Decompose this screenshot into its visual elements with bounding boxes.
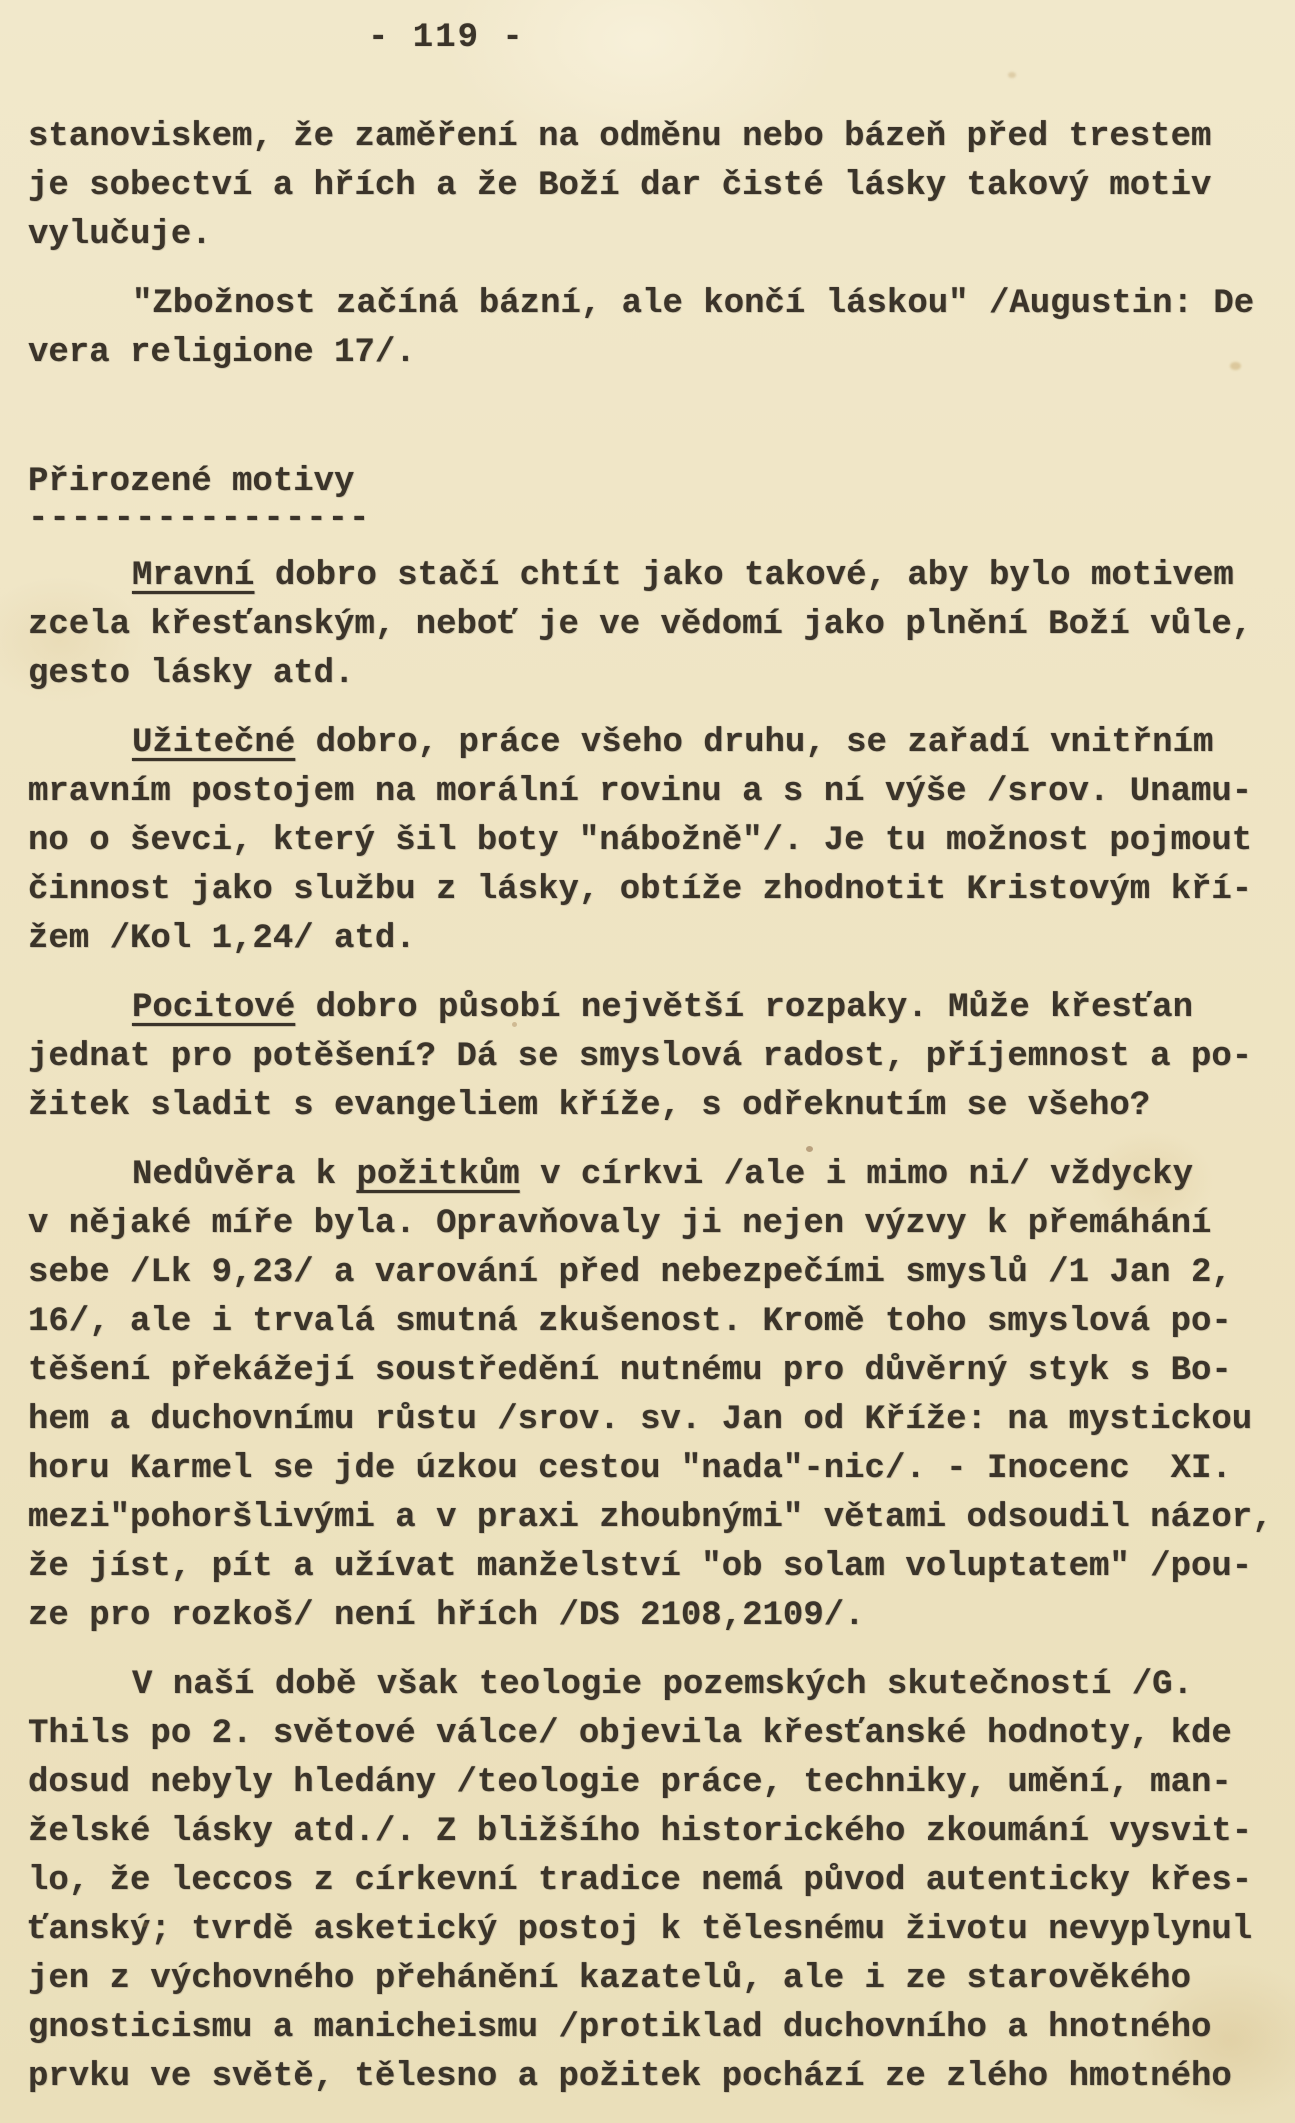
text-segment: je sobectví a hřích a že Boží dar čisté … [28,167,1211,205]
text-line: V naší době však teologie pozemských sku… [28,1661,1277,1710]
text-segment: mezi"pohoršlivými a v praxi zhoubnými" v… [28,1499,1273,1537]
text-segment: Thils po 2. světové válce/ objevila křes… [28,1715,1232,1753]
paper-speck [512,1022,517,1027]
text-line: mravním postojem na morální rovinu a s n… [28,768,1277,817]
underlined-term: Mravní [132,557,254,595]
text-line: gnosticismu a manicheismu /protiklad duc… [28,2004,1277,2053]
text-line: zcela křesťanským, neboť je ve vědomí ja… [28,601,1277,650]
text-line: v nějaké míře byla. Opravňovaly ji nejen… [28,1200,1277,1249]
paragraph: Užitečné dobro, práce všeho druhu, se za… [28,719,1277,964]
text-segment: jen z výchovného přehánění kazatelů, ale… [28,1960,1191,1998]
text-segment: Nedůvěra k [132,1156,356,1194]
paragraph: Mravní dobro stačí chtít jako takové, ab… [28,552,1277,699]
text-line: jednat pro potěšení? Dá se smyslová rado… [28,1033,1277,1082]
text-line: Thils po 2. světové válce/ objevila křes… [28,1710,1277,1759]
paper-speck [142,1922,148,1927]
text-line: jen z výchovného přehánění kazatelů, ale… [28,1955,1277,2004]
text-line: Nedůvěra k požitkům v církvi /ale i mimo… [28,1151,1277,1200]
text-line: "Zbožnost začíná bázní, ale končí láskou… [28,280,1277,329]
text-block: stanoviskem, že zaměření na odměnu nebo … [0,63,1295,2102]
underlined-term: Pocitové [132,989,295,1027]
paragraph: V naší době však teologie pozemských sku… [28,1661,1277,2102]
text-segment: zcela křesťanským, neboť je ve vědomí ja… [28,606,1252,644]
paper-speck [1230,362,1241,370]
text-segment: prvku ve světě, tělesno a požitek pocház… [28,2058,1232,2096]
text-segment: hem a duchovnímu růstu /srov. sv. Jan od… [28,1401,1252,1439]
text-line: mezi"pohoršlivými a v praxi zhoubnými" v… [28,1494,1277,1543]
text-segment: že jíst, pít a užívat manželství "ob sol… [28,1548,1252,1586]
paragraph: Pocitové dobro působí největší rozpaky. … [28,984,1277,1131]
text-line: je sobectví a hřích a že Boží dar čisté … [28,162,1277,211]
text-segment: mravním postojem na morální rovinu a s n… [28,773,1252,811]
text-line: těšení překážejí soustředění nutnému pro… [28,1347,1277,1396]
text-segment: no o ševci, který šil boty "nábožně"/. J… [28,822,1252,860]
text-line: no o ševci, který šil boty "nábožně"/. J… [28,817,1277,866]
paragraph: "Zbožnost začíná bázní, ale končí láskou… [28,280,1277,378]
page-number: - 119 - [0,0,1295,63]
paragraph: Nedůvěra k požitkům v církvi /ale i mimo… [28,1151,1277,1641]
text-line: dosud nebyly hledány /teologie práce, te… [28,1759,1277,1808]
text-segment: "Zbožnost začíná bázní, ale končí láskou… [132,285,1254,323]
text-segment: jednat pro potěšení? Dá se smyslová rado… [28,1038,1252,1076]
text-segment: činnost jako službu z lásky, obtíže zhod… [28,871,1252,909]
text-line: vera religione 17/. [28,329,1277,378]
text-line: sebe /Lk 9,23/ a varování před nebezpečí… [28,1249,1277,1298]
text-segment: sebe /Lk 9,23/ a varování před nebezpečí… [28,1254,1232,1292]
text-line: želské lásky atd./. Z bližšího historick… [28,1808,1277,1857]
text-segment: gesto lásky atd. [28,655,354,693]
paper-speck [806,1146,813,1152]
underlined-term: požitkům [356,1156,519,1194]
text-line: lo, že leccos z církevní tradice nemá pů… [28,1857,1277,1906]
text-segment: 16/, ale i trvalá smutná zkušenost. Krom… [28,1303,1232,1341]
text-line: činnost jako službu z lásky, obtíže zhod… [28,866,1277,915]
text-line: prvku ve světě, tělesno a požitek pocház… [28,2053,1277,2102]
text-line: stanoviskem, že zaměření na odměnu nebo … [28,113,1277,162]
text-line: vylučuje. [28,211,1277,260]
text-segment: V naší době však teologie pozemských sku… [132,1666,1193,1704]
text-line: Mravní dobro stačí chtít jako takové, ab… [28,552,1277,601]
text-segment: ťanský; tvrdě asketický postoj k tělesné… [28,1911,1252,1949]
text-segment: horu Karmel se jde úzkou cestou "nada"-n… [28,1450,1232,1488]
text-segment: žem /Kol 1,24/ atd. [28,920,416,958]
text-segment: gnosticismu a manicheismu /protiklad duc… [28,2009,1211,2047]
text-segment: dobro, práce všeho druhu, se zařadí vnit… [295,724,1213,762]
heading-underline: ---------------- [28,495,1277,544]
text-line: 16/, ale i trvalá smutná zkušenost. Krom… [28,1298,1277,1347]
text-segment: lo, že leccos z církevní tradice nemá pů… [28,1862,1252,1900]
text-line: žem /Kol 1,24/ atd. [28,915,1277,964]
text-line: žitek sladit s evangeliem kříže, s odřek… [28,1082,1277,1131]
text-segment: dobro působí největší rozpaky. Může křes… [295,989,1193,1027]
text-segment: dosud nebyly hledány /teologie práce, te… [28,1764,1232,1802]
text-segment: dobro stačí chtít jako takové, aby bylo … [254,557,1233,595]
text-segment: žitek sladit s evangeliem kříže, s odřek… [28,1087,1150,1125]
text-segment: želské lásky atd./. Z bližšího historick… [28,1813,1252,1851]
text-segment: v nějaké míře byla. Opravňovaly ji nejen… [28,1205,1211,1243]
paragraph: stanoviskem, že zaměření na odměnu nebo … [28,113,1277,260]
text-segment: vylučuje. [28,216,212,254]
text-segment: stanoviskem, že zaměření na odměnu nebo … [28,118,1211,156]
paper-speck [1008,72,1016,78]
text-line: horu Karmel se jde úzkou cestou "nada"-n… [28,1445,1277,1494]
text-segment: vera religione 17/. [28,334,416,372]
text-line: že jíst, pít a užívat manželství "ob sol… [28,1543,1277,1592]
underlined-term: Užitečné [132,724,295,762]
text-line: hem a duchovnímu růstu /srov. sv. Jan od… [28,1396,1277,1445]
text-segment: těšení překážejí soustředění nutnému pro… [28,1352,1232,1390]
text-segment: ---------------- [28,500,370,538]
text-line: gesto lásky atd. [28,650,1277,699]
text-segment: v církvi /ale i mimo ni/ vždycky [520,1156,1193,1194]
text-line: ťanský; tvrdě asketický postoj k tělesné… [28,1906,1277,1955]
text-line: Užitečné dobro, práce všeho druhu, se za… [28,719,1277,768]
scanned-page: - 119 - stanoviskem, že zaměření na odmě… [0,0,1295,2123]
section-heading: Přirozené motivy---------------- [28,458,1277,544]
text-segment: ze pro rozkoš/ není hřích /DS 2108,2109/… [28,1597,865,1635]
text-line: ze pro rozkoš/ není hřích /DS 2108,2109/… [28,1592,1277,1641]
text-line: Pocitové dobro působí největší rozpaky. … [28,984,1277,1033]
